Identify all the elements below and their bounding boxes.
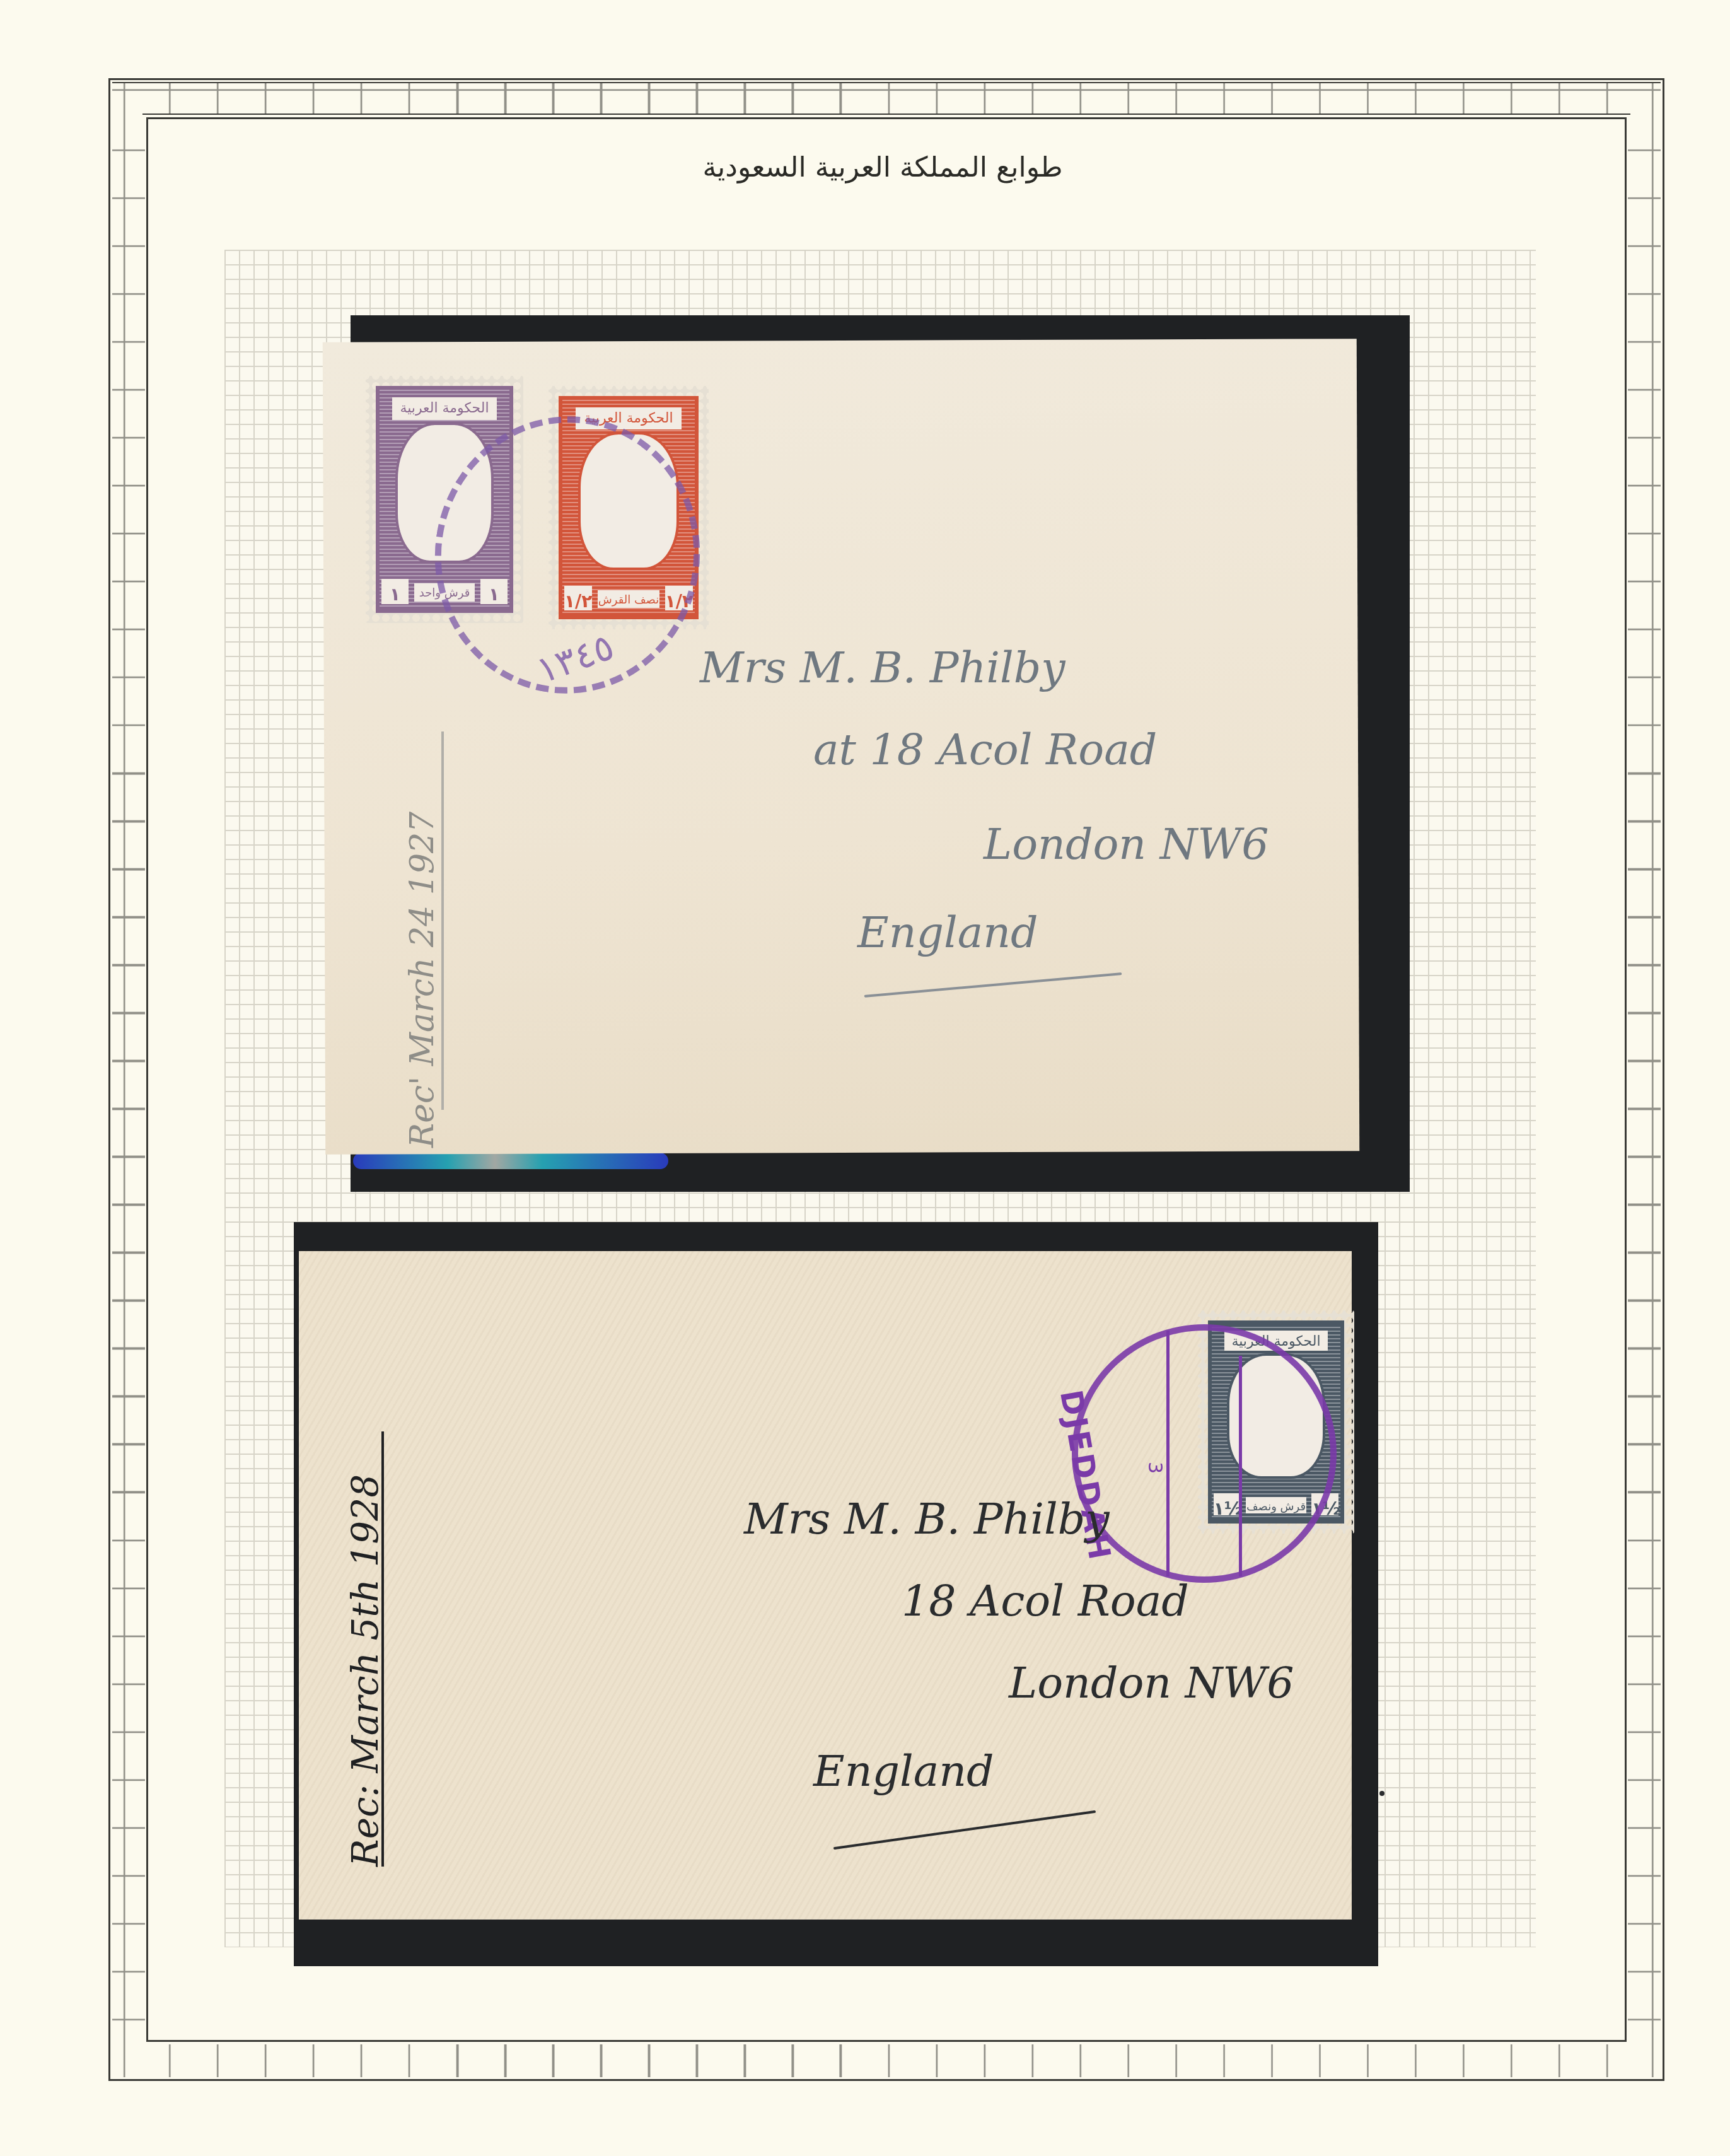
address-line: England [813, 1747, 994, 1797]
border-rule [142, 114, 1630, 115]
annotation-underline [381, 1431, 384, 1867]
postmark-number: 3 [1144, 1462, 1166, 1474]
address-line: Mrs M. B. Philby [744, 1495, 1110, 1544]
address-line: 18 Acol Road [902, 1576, 1189, 1626]
album-page: طوابع المملكة العربية السعودية الحكومة ا… [0, 0, 1730, 2156]
address-line: at 18 Acol Road [813, 725, 1157, 775]
postmark-bar [1166, 1331, 1170, 1576]
address-line: London NW6 [984, 820, 1268, 870]
page-heading: طوابع المملكة العربية السعودية [694, 151, 1072, 184]
mount-reflection [353, 1153, 668, 1169]
border-rule [112, 82, 1661, 83]
receipt-annotation: Rec: March 5th 1928 [344, 1474, 386, 1867]
address-line: England [857, 908, 1038, 958]
address-line: Mrs M. B. Philby [700, 643, 1065, 693]
address-line: London NW6 [1009, 1658, 1294, 1708]
postmark-bar [1239, 1356, 1242, 1576]
stamp-top-text: الحكومة العربية [392, 397, 497, 420]
ink-dot [1379, 1791, 1385, 1796]
receipt-annotation: Rec' March 24 1927 [403, 812, 441, 1148]
stamp-value: ١ [381, 579, 409, 604]
annotation-rule [441, 731, 444, 1110]
